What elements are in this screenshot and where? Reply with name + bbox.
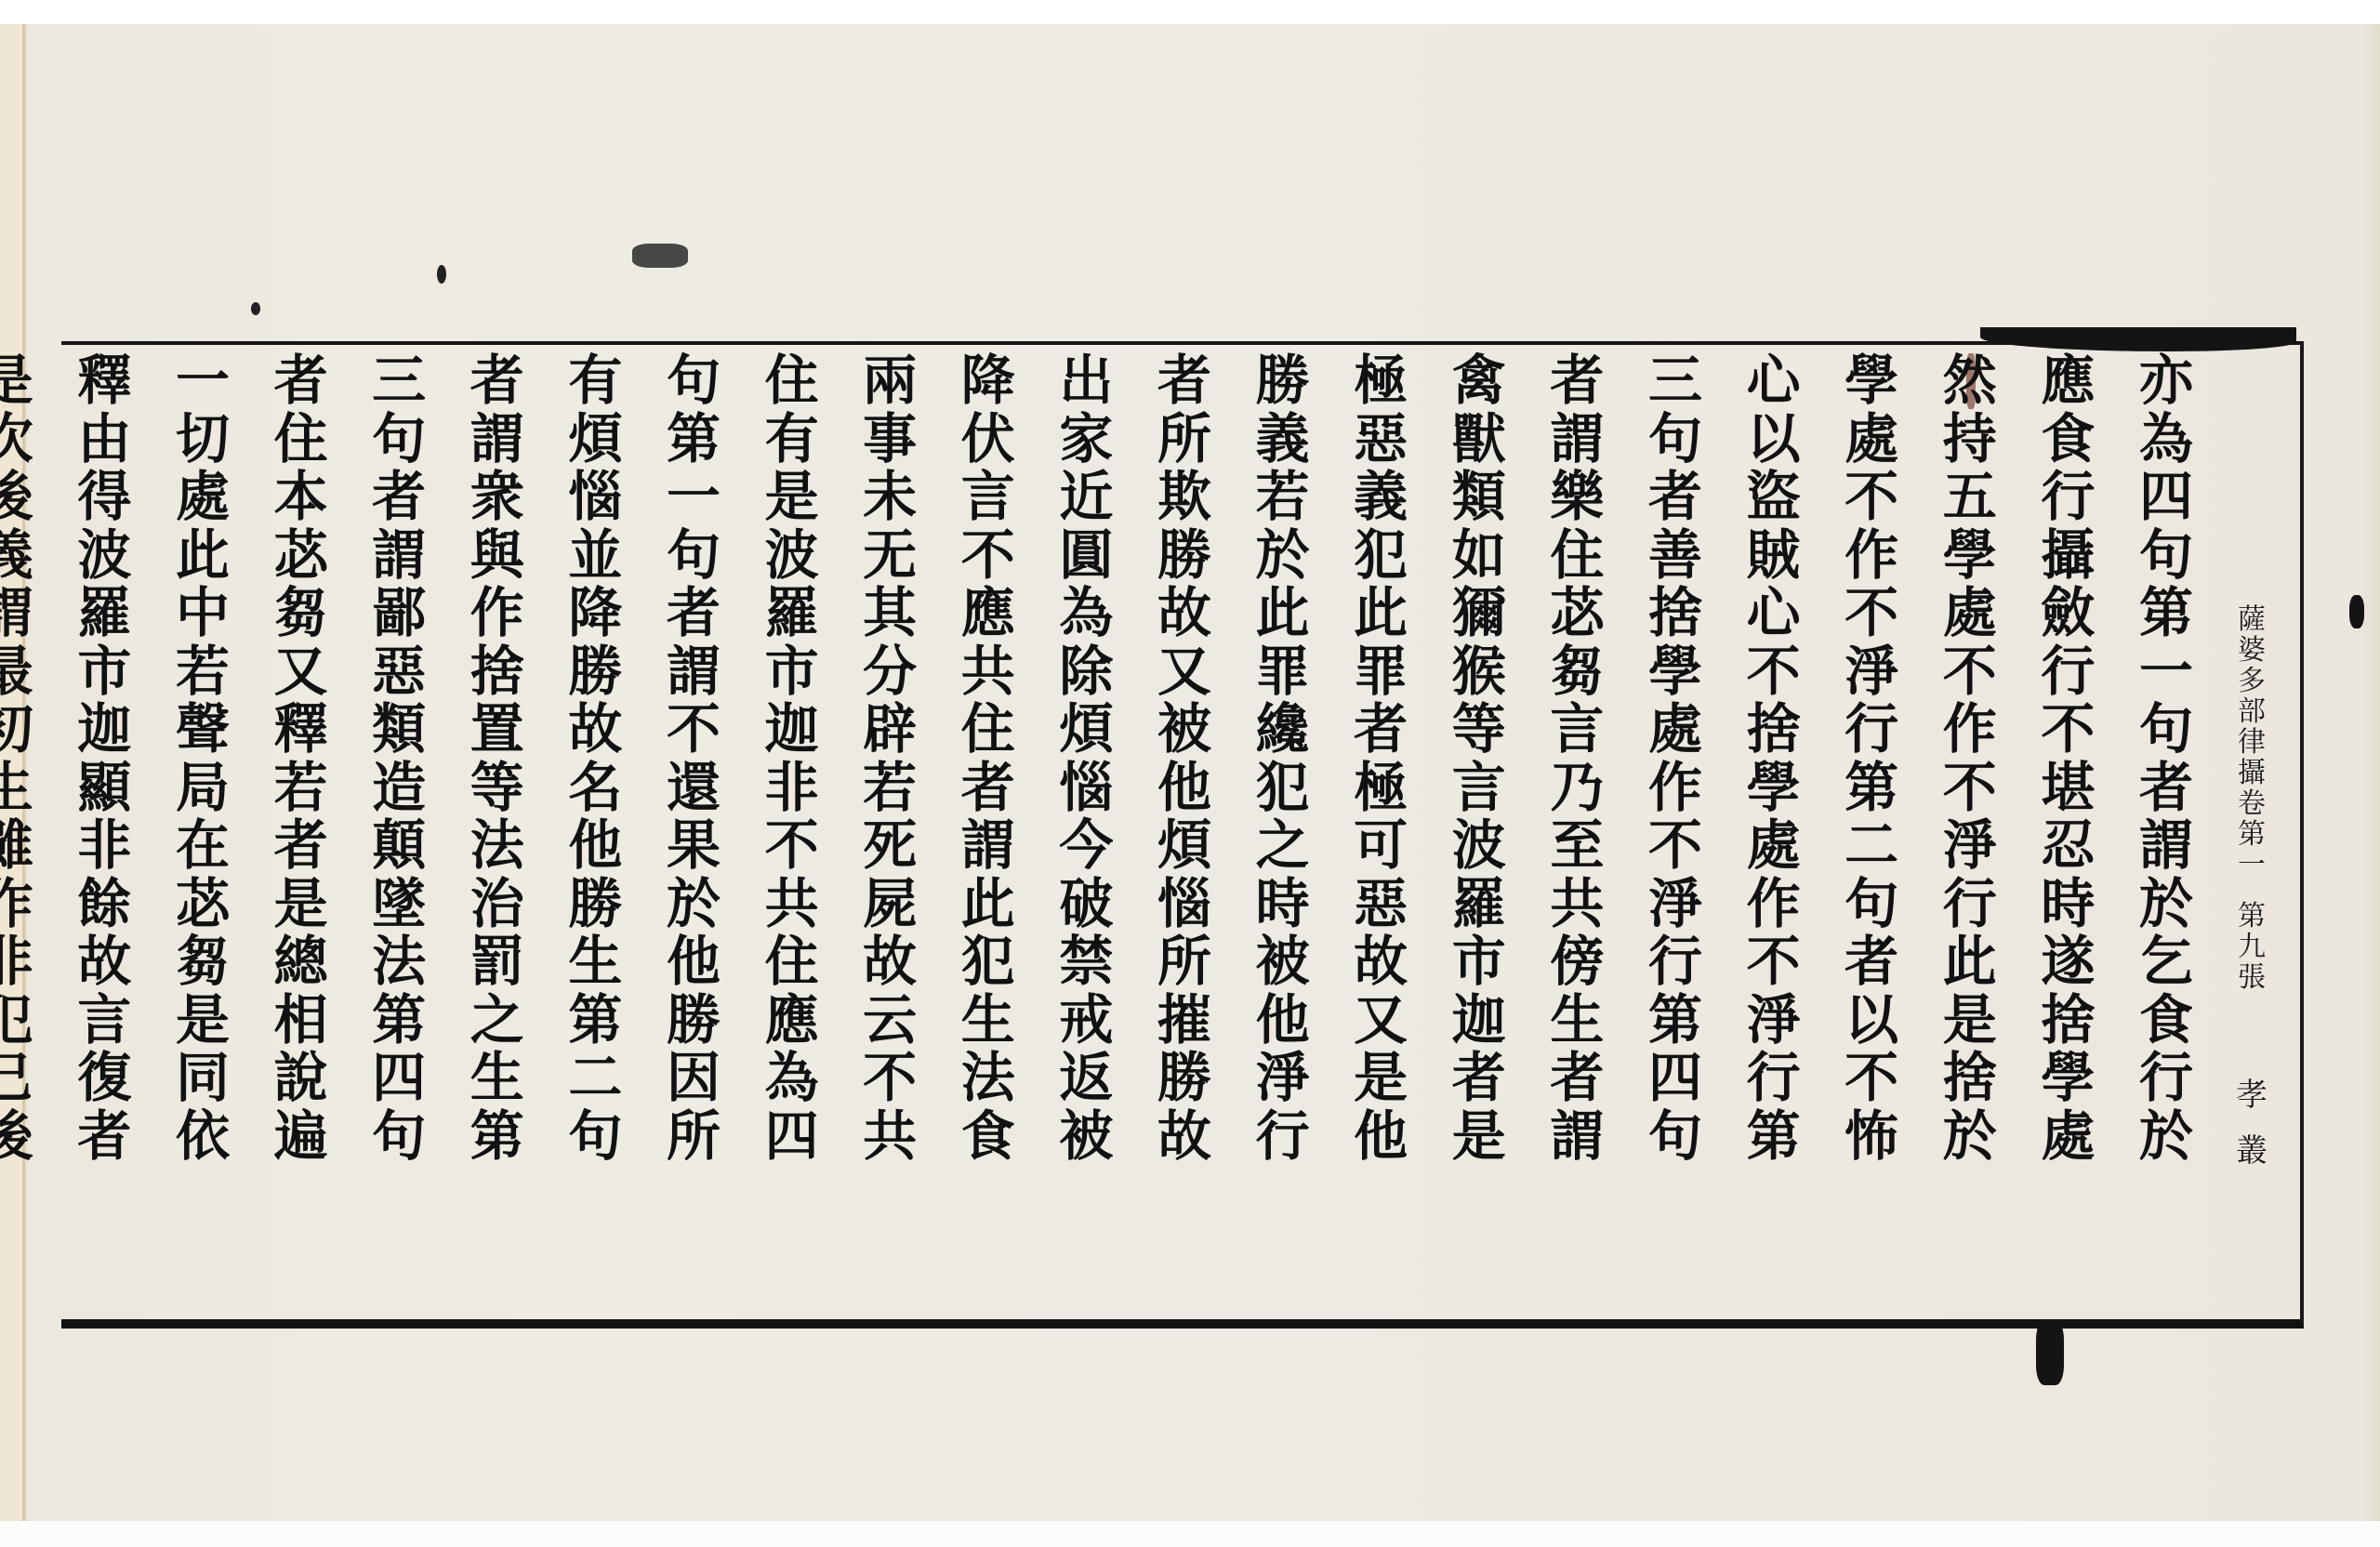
- text-column: 勝義若於此罪纔犯之時被他淨行: [1236, 351, 1329, 1165]
- text-column: 是次後義謂最初生雖作非犯已後: [0, 351, 53, 1165]
- text-column: 降伏言不應共住者謂此犯生法食: [942, 351, 1035, 1165]
- text-column: 然持五學處不作不淨行此是捨於: [1924, 351, 2016, 1165]
- text-column: 一切處此中若聲局在苾芻是同依: [156, 351, 249, 1165]
- ink-blot: [2036, 1320, 2064, 1385]
- caption-mark: 叢: [2236, 1123, 2268, 1179]
- text-column: 三句者謂鄙惡類造顛墜法第四句: [352, 351, 445, 1165]
- text-column: 者住本苾芻又釋若者是總相說遍: [255, 351, 348, 1165]
- text-column: 學處不作不淨行第二句者以不怖: [1825, 351, 1918, 1165]
- text-column: 釋由得波羅市迦顯非餘故言復者: [58, 351, 151, 1165]
- caption-leaf: 第九張: [2238, 901, 2266, 993]
- text-column: 極惡義犯此罪者極可惡故又是他: [1334, 351, 1427, 1165]
- text-column: 應食行攝斂行不堪忍時遂捨學處: [2021, 351, 2114, 1165]
- text-column: 句第一句者謂不還果於他勝因所: [647, 351, 740, 1165]
- text-column: 兩事未无其分辟若死屍故云不共: [843, 351, 936, 1165]
- ink-speck: [632, 244, 688, 268]
- text-column: 亦為四句第一句者謂於乞食行於: [2120, 351, 2213, 1165]
- ink-speck: [437, 265, 446, 284]
- text-column: 三句者善捨學處作不淨行第四句: [1629, 351, 1722, 1165]
- scan-bottom-margin: [0, 1521, 2380, 1547]
- text-column: 者謂衆與作捨置等法治罰之生第: [451, 351, 544, 1165]
- text-column: 心以盜賊心不捨學處作不淨行第: [1727, 351, 1820, 1165]
- text-column: 有煩惱並降勝故名他勝生第二句: [549, 351, 641, 1165]
- text-column: 禽獸類如獮猴等言波羅市迦者是: [1433, 351, 1526, 1165]
- text-column: 者所欺勝故又被他煩惱所摧勝故: [1138, 351, 1231, 1165]
- ink-blot: [2349, 595, 2364, 628]
- text-column: 出家近圓為除煩惱今破禁戒返被: [1039, 351, 1132, 1165]
- caption-title: 薩婆多部律攝卷第一: [2238, 604, 2266, 880]
- text-column: 住有是波羅市迦非不共住應為四: [746, 351, 839, 1165]
- text-column: 者謂樂住苾芻言乃至共傍生者謂: [1530, 351, 1623, 1165]
- caption-mark: 孝: [2236, 1067, 2268, 1123]
- margin-caption: 薩婆多部律攝卷第一 第九張 孝 叢: [2224, 604, 2280, 1179]
- ink-speck: [251, 302, 260, 315]
